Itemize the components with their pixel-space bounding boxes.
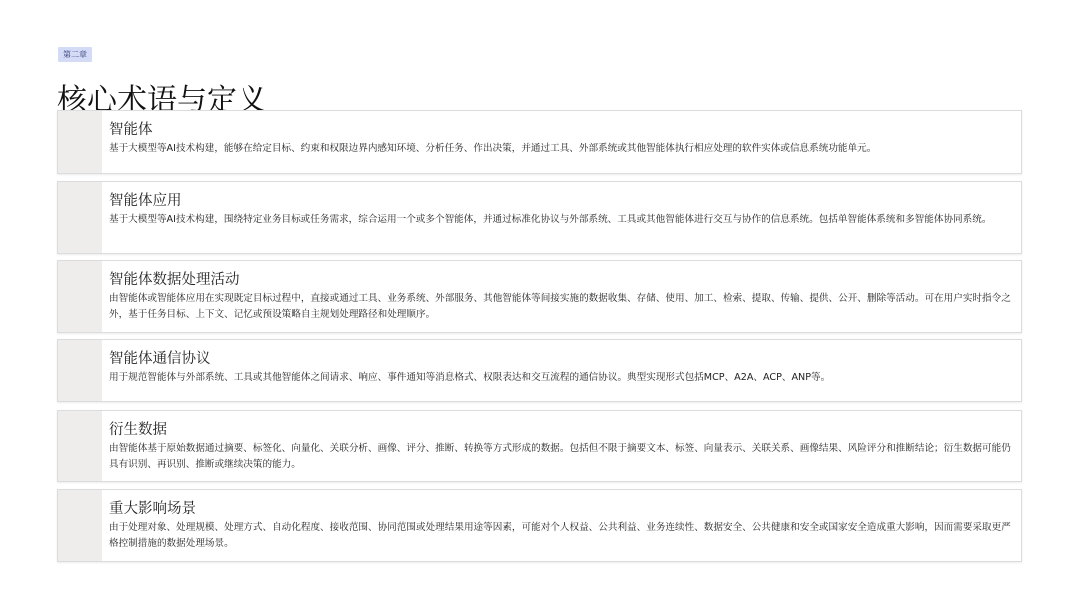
term-card-agent-application: 智能体应用 基于大模型等AI技术构建，围绕特定业务目标或任务需求，综合运用一个或… [57, 181, 1022, 254]
card-accent-stripe [58, 261, 102, 332]
term-card-derived-data: 衍生数据 由智能体基于原始数据通过摘要、标签化、向量化、关联分析、画像、评分、推… [57, 410, 1022, 482]
term-card-agent: 智能体 基于大模型等AI技术构建，能够在给定目标、约束和权限边界内感知环境、分析… [57, 110, 1022, 174]
card-content: 衍生数据 由智能体基于原始数据通过摘要、标签化、向量化、关联分析、画像、评分、推… [109, 420, 1011, 473]
term-definition: 用于规范智能体与外部系统、工具或其他智能体之间请求、响应、事件通知等消息格式、权… [109, 370, 1011, 386]
card-accent-stripe [58, 182, 102, 253]
term-title: 智能体 [109, 120, 1011, 140]
term-title: 智能体通信协议 [109, 349, 1011, 369]
term-definition: 基于大模型等AI技术构建，围绕特定业务目标或任务需求，综合运用一个或多个智能体，… [109, 212, 1011, 228]
card-accent-stripe [58, 111, 102, 173]
term-title: 重大影响场景 [109, 499, 1011, 519]
term-card-agent-data-processing: 智能体数据处理活动 由智能体或智能体应用在实现既定目标过程中，直接或通过工具、业… [57, 260, 1022, 333]
term-definition: 由于处理对象、处理规模、处理方式、自动化程度、接收范围、协同范围或处理结果用途等… [109, 520, 1011, 552]
term-definition: 基于大模型等AI技术构建，能够在给定目标、约束和权限边界内感知环境、分析任务、作… [109, 141, 1011, 157]
term-card-major-impact-scenario: 重大影响场景 由于处理对象、处理规模、处理方式、自动化程度、接收范围、协同范围或… [57, 489, 1022, 562]
term-title: 衍生数据 [109, 420, 1011, 440]
chapter-badge: 第二章 [58, 47, 92, 62]
card-accent-stripe [58, 411, 102, 481]
card-accent-stripe [58, 490, 102, 561]
term-definition: 由智能体或智能体应用在实现既定目标过程中，直接或通过工具、业务系统、外部服务、其… [109, 291, 1011, 323]
card-accent-stripe [58, 340, 102, 401]
card-content: 智能体 基于大模型等AI技术构建，能够在给定目标、约束和权限边界内感知环境、分析… [109, 120, 1011, 157]
term-definition: 由智能体基于原始数据通过摘要、标签化、向量化、关联分析、画像、评分、推断、转换等… [109, 441, 1011, 473]
card-content: 重大影响场景 由于处理对象、处理规模、处理方式、自动化程度、接收范围、协同范围或… [109, 499, 1011, 552]
card-content: 智能体数据处理活动 由智能体或智能体应用在实现既定目标过程中，直接或通过工具、业… [109, 270, 1011, 323]
card-content: 智能体通信协议 用于规范智能体与外部系统、工具或其他智能体之间请求、响应、事件通… [109, 349, 1011, 386]
term-title: 智能体数据处理活动 [109, 270, 1011, 290]
term-card-agent-protocol: 智能体通信协议 用于规范智能体与外部系统、工具或其他智能体之间请求、响应、事件通… [57, 339, 1022, 402]
card-content: 智能体应用 基于大模型等AI技术构建，围绕特定业务目标或任务需求，综合运用一个或… [109, 191, 1011, 228]
term-title: 智能体应用 [109, 191, 1011, 211]
